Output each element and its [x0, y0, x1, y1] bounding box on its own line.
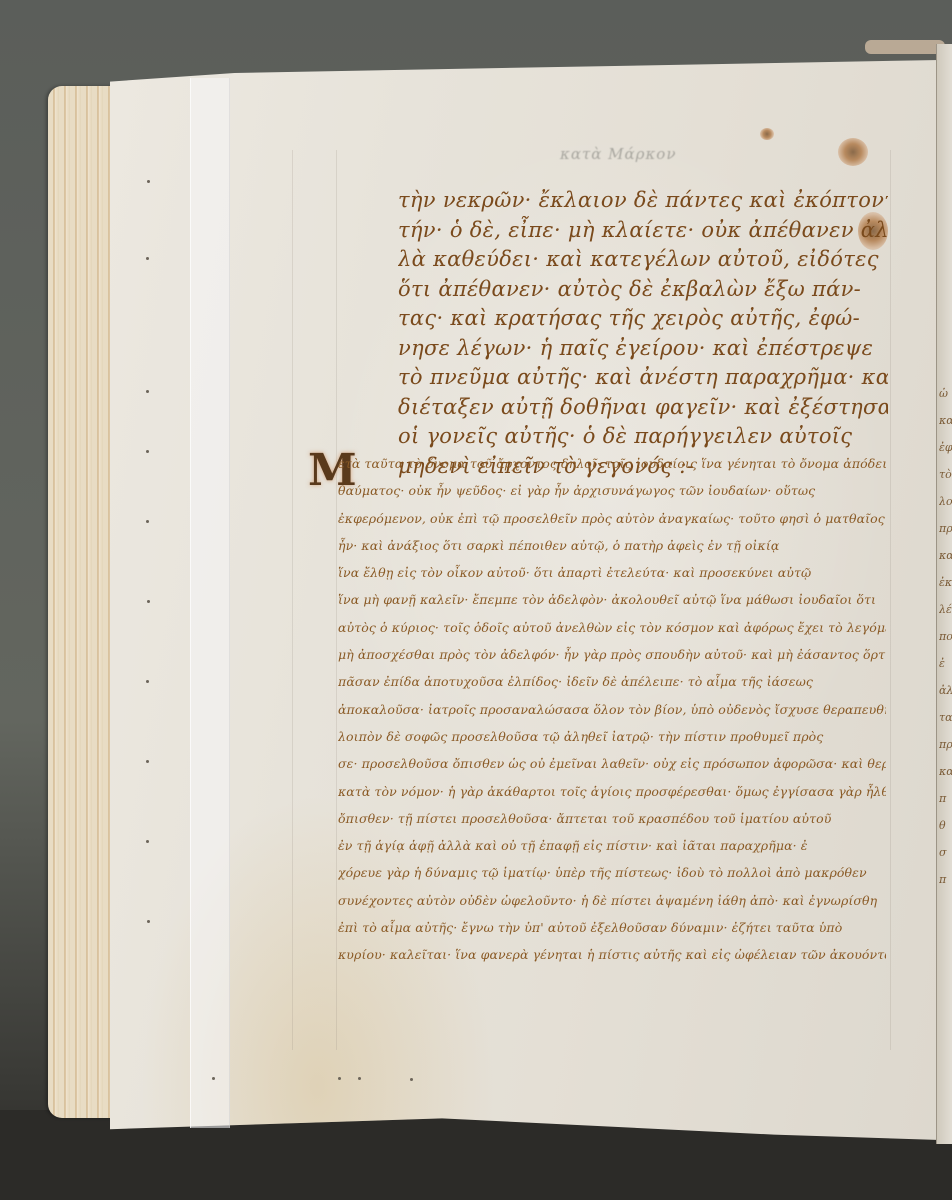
fragment: θ [939, 812, 952, 839]
pricking-mark [212, 1077, 215, 1080]
pricking-mark [147, 600, 150, 603]
fragment: ἐ [939, 650, 952, 677]
fragment: τα [939, 704, 952, 731]
fragment: τὸ [939, 461, 952, 488]
fragment: ἐκ [939, 569, 952, 596]
repair-tape-strip [190, 78, 230, 1128]
ruling-line [292, 150, 293, 1050]
pricking-mark [146, 257, 149, 260]
text-line: νησε λέγων· ἡ παῖς ἐγείρου· καὶ ἐπέστρεψ… [398, 334, 888, 364]
commentary-line: ὄπισθεν· τῇ πίστει προσελθοῦσα· ἄπτεται … [338, 805, 886, 832]
pricking-mark [146, 450, 149, 453]
commentary-line: ἵνα μὴ φανῇ καλεῖν· ἔπεμπε τὸν ἀδελφὸν· … [338, 586, 886, 613]
text-line: ὅτι ἀπέθανεν· αὐτὸς δὲ ἐκβαλὼν ἔξω πάν- [398, 275, 888, 305]
commentary-line: μὴ ἀποσχέσθαι πρὸς τὸν ἀδελφόν· ἦν γὰρ π… [338, 641, 886, 668]
commentary-line: πᾶσαν ἐπίδα ἀποτυχοῦσα ἐλπίδος· ἰδεῖν δὲ… [338, 668, 886, 695]
stain-spot [838, 138, 868, 166]
fragment: πρ [939, 515, 952, 542]
ruling-line [336, 150, 337, 1050]
pricking-mark [146, 760, 149, 763]
facing-page-text: ὡ καὶ ἐφ τὸ λο πρ κα ἐκ λέ πο ἐ ἀλ τα πρ… [939, 380, 952, 940]
commentary-line: λοιπὸν δὲ σοφῶς προσελθοῦσα τῷ ἀληθεῖ ἰα… [338, 723, 886, 750]
pricking-mark [147, 180, 150, 183]
fragment: καὶ [939, 407, 952, 434]
pricking-mark [146, 520, 149, 523]
text-line: τας· καὶ κρατήσας τῆς χειρὸς αὐτῆς, ἐφώ- [398, 304, 888, 334]
fragment: πρ [939, 731, 952, 758]
fragment: ἐφ [939, 434, 952, 461]
running-head: κατὰ Μάρκον [560, 145, 676, 163]
text-line: τὴν νεκρῶν· ἔκλαιον δὲ πάντες καὶ ἐκόπτο… [398, 186, 888, 216]
stain-spot [760, 128, 774, 140]
pricking-mark [146, 840, 149, 843]
commentary-line: ἀποκαλοῦσα· ἰατροῖς προσαναλώσασα ὅλον τ… [338, 696, 886, 723]
commentary-line: ἐπὶ τὸ αἷμα αὐτῆς· ἔγνω τὴν ὑπ' αὐτοῦ ἐξ… [338, 914, 886, 941]
main-gospel-text: τὴν νεκρῶν· ἔκλαιον δὲ πάντες καὶ ἐκόπτο… [398, 186, 888, 481]
fragment: σ [939, 839, 952, 866]
fragment: ὡ [939, 380, 952, 407]
fragment: λέ [939, 596, 952, 623]
text-line: τήν· ὁ δὲ, εἶπε· μὴ κλαίετε· οὐκ ἀπέθανε… [398, 216, 888, 246]
fragment: ἀλ [939, 677, 952, 704]
commentary-line: ἵνα ἔλθῃ εἰς τὸν οἶκον αὐτοῦ· ὅτι ἀπαρτὶ… [338, 559, 886, 586]
text-line: διέταξεν αὐτῇ δοθῆναι φαγεῖν· καὶ ἐξέστη… [398, 393, 888, 423]
commentary-line: κυρίου· καλεῖται· ἵνα φανερὰ γένηται ἡ π… [338, 941, 886, 968]
commentary-text: ετὰ ταῦτα τὸ ὄνομα τοῦ ἄρχοντος δηλοῖ· τ… [338, 450, 886, 969]
fragment: κα [939, 542, 952, 569]
ruling-line [890, 150, 891, 1050]
binding-thread [865, 40, 945, 54]
commentary-line: σε· προσελθοῦσα ὄπισθεν ὡς οὐ ἐμεῖναι λα… [338, 750, 886, 777]
commentary-line: ἦν· καὶ ἀνάξιος ὅτι σαρκὶ πέποιθεν αὐτῷ,… [338, 532, 886, 559]
fragment: κα [939, 758, 952, 785]
pricking-mark [146, 680, 149, 683]
commentary-line: συνέχοντες αὐτὸν οὐδὲν ὠφελοῦντο· ἡ δὲ π… [338, 887, 886, 914]
pricking-mark [338, 1077, 341, 1080]
pricking-mark [410, 1078, 413, 1081]
fragment: π [939, 785, 952, 812]
text-line: λὰ καθεύδει· καὶ κατεγέλων αὐτοῦ, εἰδότε… [398, 245, 888, 275]
commentary-line: θαύματος· οὐκ ἦν ψεῦδος· εἰ γὰρ ἦν ἀρχισ… [338, 477, 886, 504]
text-line: τὸ πνεῦμα αὐτῆς· καὶ ἀνέστη παραχρῆμα· κ… [398, 363, 888, 393]
commentary-line: ἐν τῇ ἁγίᾳ ἁφῇ ἀλλὰ καὶ οὐ τῇ ἐπαφῇ εἰς … [338, 832, 886, 859]
fragment: π [939, 866, 952, 893]
commentary-line: κατὰ τὸν νόμον· ἡ γὰρ ἀκάθαρτοι τοῖς ἁγί… [338, 778, 886, 805]
fragment: λο [939, 488, 952, 515]
pricking-mark [358, 1077, 361, 1080]
commentary-line: ετὰ ταῦτα τὸ ὄνομα τοῦ ἄρχοντος δηλοῖ· τ… [338, 450, 886, 477]
commentary-line: χόρευε γὰρ ἡ δύναμις τῷ ἱματίῳ· ὑπὲρ τῆς… [338, 859, 886, 886]
pricking-mark [147, 920, 150, 923]
pricking-mark [146, 390, 149, 393]
commentary-line: ἐκφερόμενον, οὐκ ἐπὶ τῷ προσελθεῖν πρὸς … [338, 505, 886, 532]
fragment: πο [939, 623, 952, 650]
text-line: οἱ γονεῖς αὐτῆς· ὁ δὲ παρήγγειλεν αὐτοῖς [398, 422, 888, 452]
commentary-line: αὐτὸς ὁ κύριος· τοῖς ὁδοῖς αὐτοῦ ἀνελθὼν… [338, 614, 886, 641]
